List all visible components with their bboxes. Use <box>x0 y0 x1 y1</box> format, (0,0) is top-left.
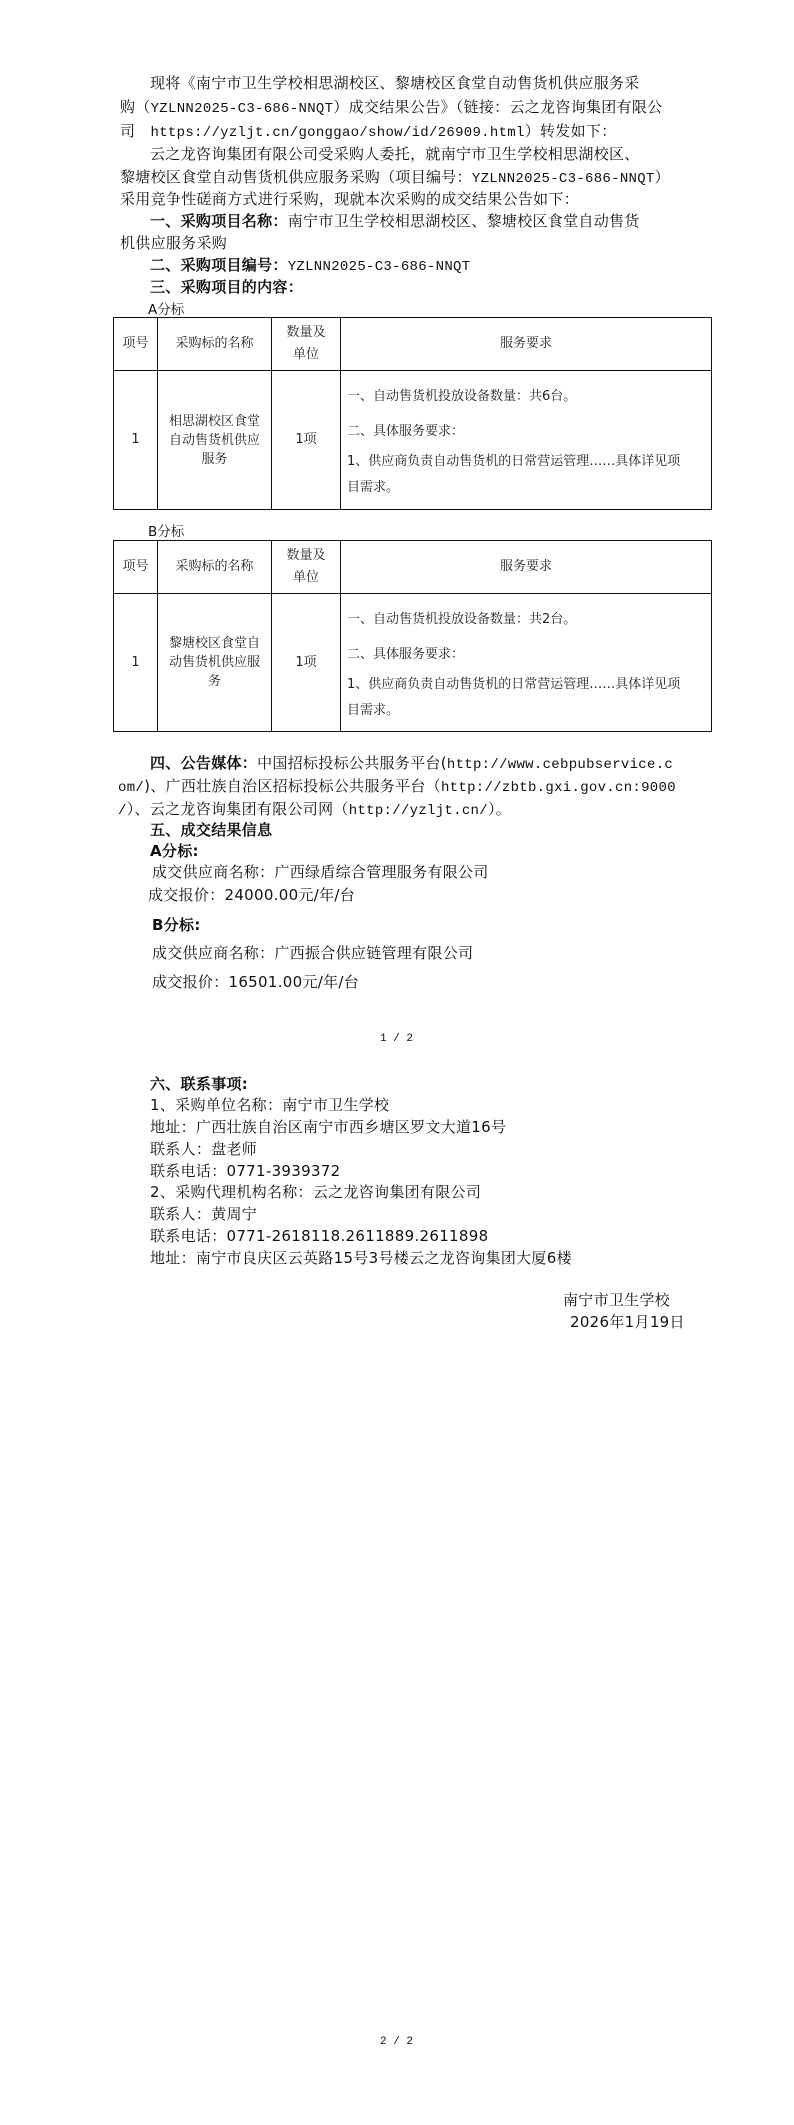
header-requirements: 服务要求 <box>341 541 712 594</box>
contact-line: 联系电话：0771-2618118.2611889.2611898 <box>150 1226 488 1247</box>
contact-line: 2、采购代理机构名称：云之龙咨询集团有限公司 <box>150 1182 481 1203</box>
name-line: 相思湖校区食堂 <box>169 414 260 429</box>
section-4-text: )、广西壮族自治区招标投标公共服务平台（ <box>144 777 441 795</box>
contact-line: 联系电话：0771-3939372 <box>150 1161 341 1182</box>
cebpubservice-link[interactable]: http://www.cebpubservice.c <box>447 757 673 773</box>
cell-qty: 1项 <box>272 594 341 732</box>
page-number-1: 1 / 2 <box>380 1033 413 1045</box>
table-header-row: 项号 采购标的名称 数量及单位 服务要求 <box>114 541 712 594</box>
lot-b-label: B分标: <box>152 915 201 936</box>
intro-text: 司 <box>120 122 135 140</box>
announcement-link[interactable]: https://yzljt.cn/gonggao/show/id/26909.h… <box>151 125 525 141</box>
header-name: 采购标的名称 <box>158 318 272 371</box>
lot-b-price: 成交报价：16501.00元/年/台 <box>152 972 359 993</box>
table-a: 项号 采购标的名称 数量及单位 服务要求 1 相思湖校区食堂自动售货机供应服务 … <box>113 317 712 510</box>
req-line: 二、具体服务要求： <box>347 414 705 449</box>
req-line: 一、自动售货机投放设备数量：共6台。 <box>347 379 705 414</box>
lot-a-label: A分标: <box>150 841 199 862</box>
lot-a-supplier: 成交供应商名称：广西绿盾综合管理服务有限公司 <box>152 862 489 883</box>
section-4-text: ）。 <box>488 800 511 818</box>
intro-text: ）转发如下： <box>525 122 617 140</box>
intro-text: ）成交结果公告》（链接：云之龙咨询集团有限公 <box>333 98 662 116</box>
contact-line: 1、采购单位名称：南宁市卫生学校 <box>150 1095 389 1116</box>
cebpubservice-link-cont[interactable]: om/ <box>118 780 144 796</box>
section-4-label: 四、公告媒体： <box>150 754 257 772</box>
name-line: 黎塘校区食堂自 <box>169 636 260 651</box>
lot-b-supplier: 成交供应商名称：广西振合供应链管理有限公司 <box>152 943 473 964</box>
contact-line: 联系人：黄周宁 <box>150 1204 257 1225</box>
section-2-label: 二、采购项目编号： <box>150 256 288 274</box>
signature-date: 2026年1月19日 <box>570 1312 685 1333</box>
intro-text: ） <box>655 168 670 186</box>
intro-line-3: 司 https://yzljt.cn/gonggao/show/id/26909… <box>120 121 617 144</box>
name-line: 务 <box>208 674 221 689</box>
contact-line: 地址：南宁市良庆区云英路15号3号楼云之龙咨询集团大厦6楼 <box>150 1248 572 1269</box>
cell-qty: 1项 <box>272 371 341 510</box>
section-3-label: 三、采购项目的内容： <box>150 277 303 298</box>
signature-org: 南宁市卫生学校 <box>563 1290 670 1311</box>
section-1: 一、采购项目名称：南宁市卫生学校相思湖校区、黎塘校区食堂自动售货 <box>150 211 640 232</box>
section-4-line-2: om/)、广西壮族自治区招标投标公共服务平台（http://zbtb.gxi.g… <box>118 776 676 799</box>
cell-no: 1 <box>114 594 158 732</box>
gxi-link[interactable]: http://zbtb.gxi.gov.cn:9000 <box>441 780 676 796</box>
header-requirements: 服务要求 <box>341 318 712 371</box>
intro-line-4: 云之龙咨询集团有限公司受采购人委托，就南宁市卫生学校相思湖校区、 <box>150 144 640 165</box>
section-4-line-1: 四、公告媒体：中国招标投标公共服务平台(http://www.cebpubser… <box>150 753 673 776</box>
header-qty-line: 数量及 <box>286 325 325 340</box>
section-1-value-cont: 机供应服务采购 <box>120 233 227 254</box>
header-qty: 数量及单位 <box>272 541 341 594</box>
intro-line-6: 采用竞争性磋商方式进行采购，现就本次采购的成交结果公告如下： <box>120 189 579 210</box>
cell-name: 黎塘校区食堂自动售货机供应服务 <box>158 594 272 732</box>
section-2: 二、采购项目编号：YZLNN2025-C3-686-NNQT <box>150 255 470 278</box>
section-6-label: 六、联系事项: <box>150 1074 248 1095</box>
header-qty-line: 单位 <box>293 347 319 362</box>
req-line: 1、供应商负责自动售货机的日常营运管理……具体详见项 <box>347 672 705 698</box>
section-4-text: 中国招标投标公共服务平台( <box>257 754 447 772</box>
name-line: 自动售货机供应 <box>169 433 260 448</box>
cell-no: 1 <box>114 371 158 510</box>
lot-a-price: 成交报价：24000.00元/年/台 <box>148 885 355 906</box>
section-2-value: YZLNN2025-C3-686-NNQT <box>288 259 471 275</box>
intro-line-1: 现将《南宁市卫生学校相思湖校区、黎塘校区食堂自动售货机供应服务采 <box>150 73 640 94</box>
cell-requirements: 一、自动售货机投放设备数量：共6台。 二、具体服务要求： 1、供应商负责自动售货… <box>341 371 712 510</box>
page-number-2: 2 / 2 <box>380 2036 413 2048</box>
req-line: 1、供应商负责自动售货机的日常营运管理……具体详见项 <box>347 449 705 475</box>
project-code: YZLNN2025-C3-686-NNQT <box>151 101 334 117</box>
contact-line: 联系人：盘老师 <box>150 1139 257 1160</box>
table-row: 1 相思湖校区食堂自动售货机供应服务 1项 一、自动售货机投放设备数量：共6台。… <box>114 371 712 510</box>
table-b-caption: B分标 <box>148 520 184 540</box>
header-qty-line: 单位 <box>293 570 319 585</box>
header-item-no: 项号 <box>114 318 158 371</box>
req-line: 目需求。 <box>347 698 705 724</box>
cell-name: 相思湖校区食堂自动售货机供应服务 <box>158 371 272 510</box>
header-item-no: 项号 <box>114 541 158 594</box>
section-1-label: 一、采购项目名称： <box>150 212 288 230</box>
project-code: YZLNN2025-C3-686-NNQT <box>472 171 655 187</box>
table-b: 项号 采购标的名称 数量及单位 服务要求 1 黎塘校区食堂自动售货机供应服务 1… <box>113 540 712 732</box>
cell-requirements: 一、自动售货机投放设备数量：共2台。 二、具体服务要求： 1、供应商负责自动售货… <box>341 594 712 732</box>
yzljt-link[interactable]: http://yzljt.cn/ <box>349 803 488 819</box>
name-line: 服务 <box>201 452 227 467</box>
section-4-line-3: /）、云之龙咨询集团有限公司网（http://yzljt.cn/）。 <box>118 799 511 822</box>
header-qty: 数量及单位 <box>272 318 341 371</box>
contact-line: 地址：广西壮族自治区南宁市西乡塘区罗文大道16号 <box>150 1117 506 1138</box>
table-row: 1 黎塘校区食堂自动售货机供应服务 1项 一、自动售货机投放设备数量：共2台。 … <box>114 594 712 732</box>
intro-line-2: 购（YZLNN2025-C3-686-NNQT）成交结果公告》（链接：云之龙咨询… <box>120 97 662 120</box>
section-1-value: 南宁市卫生学校相思湖校区、黎塘校区食堂自动售货 <box>288 212 640 230</box>
header-qty-line: 数量及 <box>286 548 325 563</box>
req-line: 一、自动售货机投放设备数量：共2台。 <box>347 602 705 637</box>
section-5-label: 五、成交结果信息 <box>150 820 272 841</box>
req-line: 二、具体服务要求： <box>347 637 705 672</box>
name-line: 动售货机供应服 <box>169 655 260 670</box>
req-line: 目需求。 <box>347 475 705 501</box>
intro-text: 购（ <box>120 98 151 116</box>
intro-line-5: 黎塘校区食堂自动售货机供应服务采购（项目编号：YZLNN2025-C3-686-… <box>120 167 670 190</box>
table-header-row: 项号 采购标的名称 数量及单位 服务要求 <box>114 318 712 371</box>
gxi-link-cont[interactable]: / <box>118 803 127 819</box>
table-a-caption: A分标 <box>148 298 184 318</box>
section-4-text: ）、云之龙咨询集团有限公司网（ <box>127 800 349 818</box>
header-name: 采购标的名称 <box>158 541 272 594</box>
intro-text: 黎塘校区食堂自动售货机供应服务采购（项目编号： <box>120 168 472 186</box>
